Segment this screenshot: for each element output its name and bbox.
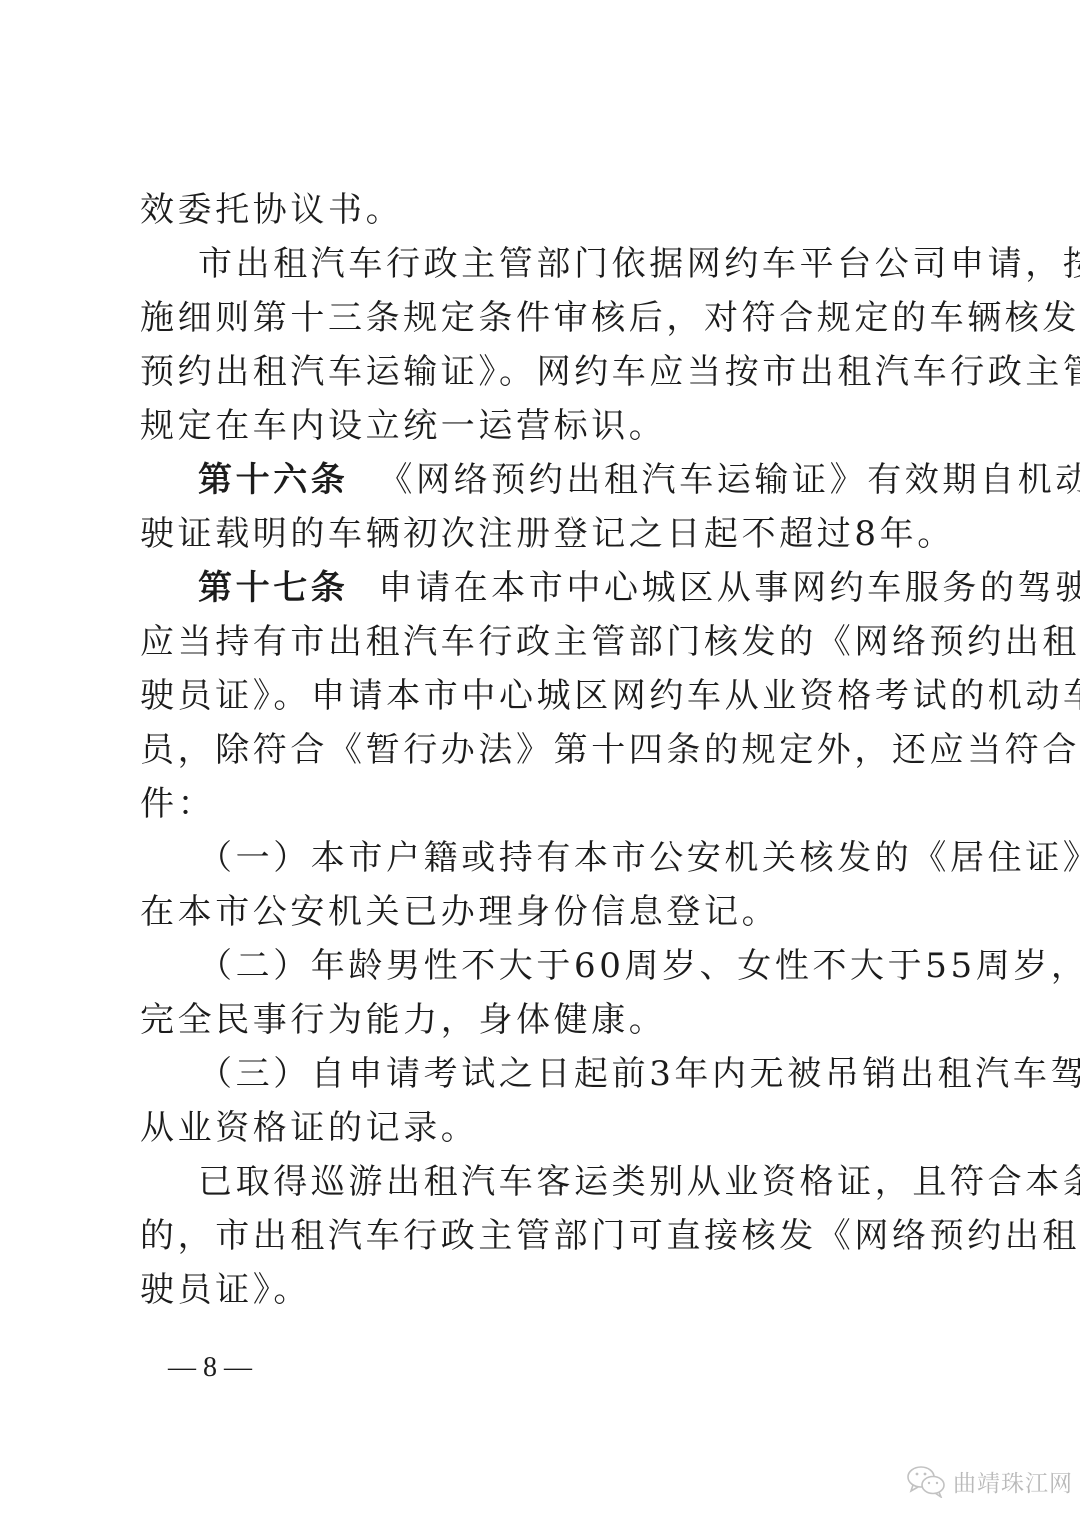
clause-2-line: （二）年龄男性不大于60周岁、女性不大于55周岁，具有 — [198, 946, 950, 986]
text-line: 施细则第十三条规定条件审核后，对符合规定的车辆核发《网络 — [140, 298, 950, 338]
text-line: 应当持有市出租汽车行政主管部门核发的《网络预约出租汽车驾 — [140, 622, 950, 662]
text-line: 预约出租汽车运输证》。网约车应当按市出租汽车行政主管部门 — [140, 352, 950, 392]
clause-1-line: （一）本市户籍或持有本市公安机关核发的《居住证》，或 — [198, 838, 950, 878]
text-line: 从业资格证的记录。 — [140, 1108, 950, 1148]
article-text: 申请在本市中心城区从事网约车服务的驾驶员， — [378, 568, 1080, 608]
document-page: 效委托协议书。 市出租汽车行政主管部门依据网约车平台公司申请，按本实 施细则第十… — [0, 0, 1080, 1527]
article-16-line: 第十六条《网络预约出租汽车运输证》有效期自机动车行 — [198, 460, 950, 500]
text-line: 规定在车内设立统一运营标识。 — [140, 406, 950, 446]
text-line: 的，市出租汽车行政主管部门可直接核发《网络预约出租汽车驾 — [140, 1216, 950, 1256]
clause-3-line: （三）自申请考试之日起前3年内无被吊销出租汽车驾驶员 — [198, 1054, 950, 1094]
text-line: 驶员证》。申请本市中心城区网约车从业资格考试的机动车驾驶 — [140, 676, 950, 716]
text-line: 驶员证》。 — [140, 1270, 950, 1310]
text-line: 员，除符合《暂行办法》第十四条的规定外，还应当符合以下条 — [140, 730, 950, 770]
article-heading: 第十七条 — [198, 568, 348, 608]
article-text: 《网络预约出租汽车运输证》有效期自机动车行 — [378, 460, 1080, 500]
watermark: 曲靖珠江网 — [905, 1464, 1073, 1498]
watermark-text: 曲靖珠江网 — [953, 1465, 1073, 1498]
text-line: 已取得巡游出租汽车客运类别从业资格证，且符合本条规定 — [198, 1162, 950, 1202]
text-line: 驶证载明的车辆初次注册登记之日起不超过8年。 — [140, 514, 950, 554]
page-number: — 8 — — [168, 1350, 252, 1386]
article-heading: 第十六条 — [198, 460, 348, 500]
wechat-icon — [905, 1464, 949, 1498]
text-line: 件： — [140, 784, 950, 824]
text-line: 在本市公安机关已办理身份信息登记。 — [140, 892, 950, 932]
article-17-line: 第十七条申请在本市中心城区从事网约车服务的驾驶员， — [198, 568, 950, 608]
text-line: 市出租汽车行政主管部门依据网约车平台公司申请，按本实 — [198, 244, 950, 284]
text-line: 效委托协议书。 — [140, 190, 950, 230]
text-line: 完全民事行为能力，身体健康。 — [140, 1000, 950, 1040]
